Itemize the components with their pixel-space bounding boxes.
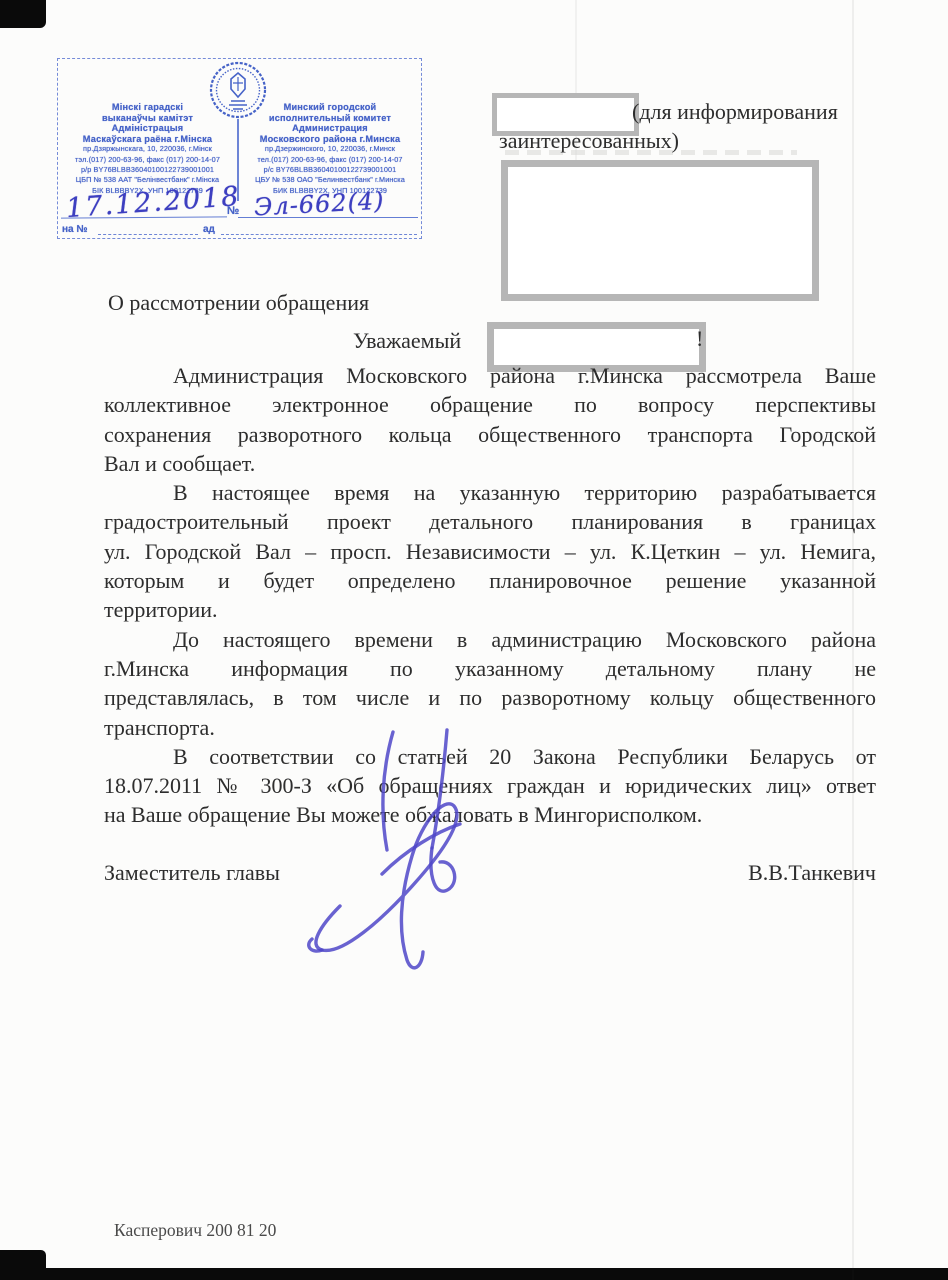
stamp-line: выканаўчы камітэт — [59, 113, 236, 124]
letter-body: Администрация Московского района г.Минск… — [104, 361, 876, 830]
stamp-line: исполнительный комитет — [241, 113, 419, 124]
body-line: В соответствии со статьей 20 Закона Респ… — [104, 742, 876, 771]
stamp-line: р/р BY76BLBB36040100122739001001 — [59, 165, 236, 175]
body-line: г.Минска информация по указанному деталь… — [104, 654, 876, 683]
ref-date-dotted-line — [221, 234, 417, 235]
scanned-letter-page: Мінскі гарадскі выканаўчы камітэт Адміні… — [0, 0, 948, 1280]
stamp-column-russian: Минский городской исполнительный комитет… — [241, 102, 419, 196]
body-line: территории. — [104, 595, 876, 624]
salutation-prefix: Уважаемый — [353, 328, 461, 354]
body-line: Вал и сообщает. — [104, 449, 876, 478]
stamp-line: Мінскі гарадскі — [59, 102, 236, 113]
letterhead-stamp: Мінскі гарадскі выканаўчы камітэт Адміні… — [57, 58, 422, 239]
stamp-line: тел.(017) 200-63-96, факс (017) 200-14-0… — [241, 155, 419, 165]
stamp-line: Минский городской — [241, 102, 419, 113]
stamp-line: Администрация — [241, 123, 419, 134]
body-line: транспорта. — [104, 713, 876, 742]
ref-number-label: на № — [62, 224, 88, 235]
info-note-line2: заинтересованных) — [499, 128, 679, 154]
stamp-line: Адміністрацыя — [59, 123, 236, 134]
body-line: В настоящее время на указанную территори… — [104, 478, 876, 507]
info-note-line1: (для информирования — [632, 99, 838, 125]
stamp-line: Московского района г.Минска — [241, 134, 419, 145]
stamp-line: Маскаўскага раёна г.Мінска — [59, 134, 236, 145]
body-line: 18.07.2011 № 300-З «Об обращениях гражда… — [104, 771, 876, 800]
body-line: на Ваше обращение Вы можете обжаловать в… — [104, 800, 876, 829]
subject-line: О рассмотрении обращения — [108, 290, 369, 316]
stamp-line: р/с BY76BLBB36040100122739001001 — [241, 165, 419, 175]
body-line: которым и будет определено планировочное… — [104, 566, 876, 595]
signer-name: В.В.Танкевич — [748, 860, 876, 886]
executor-contact: Касперович 200 81 20 — [114, 1220, 276, 1241]
scan-artifact-bottom-edge — [0, 1268, 948, 1280]
stamp-column-belarusian: Мінскі гарадскі выканаўчы камітэт Адміні… — [59, 102, 236, 196]
stamp-line: тэл.(017) 200-63-96, факс (017) 200-14-0… — [59, 155, 236, 165]
redaction-box-address — [501, 160, 819, 301]
body-line: коллективное электронное обращение по во… — [104, 390, 876, 419]
body-line: Администрация Московского района г.Минск… — [104, 361, 876, 390]
body-line: градостроительный проект детального план… — [104, 507, 876, 536]
salutation-exclamation: ! — [696, 326, 703, 352]
body-line: ул. Городской Вал – просп. Независимости… — [104, 537, 876, 566]
stamp-line: ЦБУ № 538 ОАО "Белинвестбанк" г.Минска — [241, 175, 419, 185]
ref-date-label: ад — [203, 224, 215, 235]
stamp-line: пр.Дзяржынскага, 10, 220036, г.Мінск — [59, 144, 236, 154]
body-line: До настоящего времени в администрацию Мо… — [104, 625, 876, 654]
signer-position: Заместитель главы — [104, 860, 280, 886]
scan-artifact-corner-top-left — [0, 0, 46, 28]
number-underline — [238, 217, 418, 218]
ref-number-dotted-line — [98, 234, 198, 235]
body-line: представлялась, в том числе и по разворо… — [104, 683, 876, 712]
body-line: сохранения разворотного кольца обществен… — [104, 420, 876, 449]
number-sign-label: № — [227, 205, 239, 217]
stamp-line: пр.Дзержинского, 10, 220036, г.Минск — [241, 144, 419, 154]
